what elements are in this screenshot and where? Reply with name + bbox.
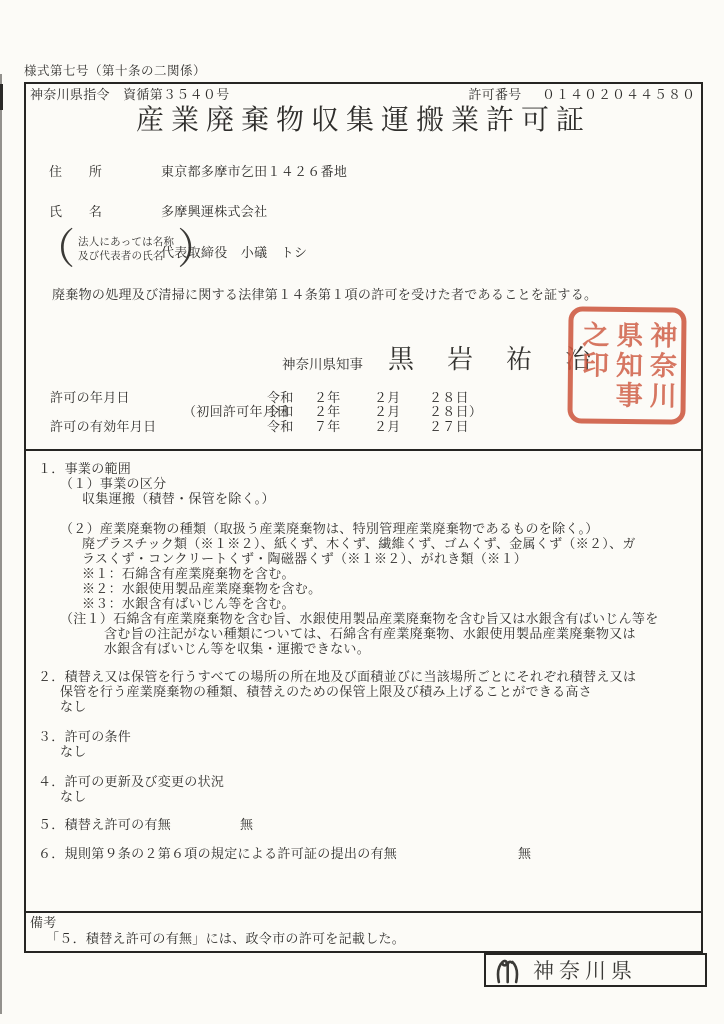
section-divider-remarks: [24, 911, 703, 913]
corporate-note-paren-open: （: [35, 229, 75, 271]
corporate-note-line1: 法人にあっては名称: [78, 236, 174, 250]
name-value: 多摩興運株式会社: [161, 204, 267, 219]
corporate-note-line2: 及び代表者の氏名: [78, 250, 174, 264]
address-value: 東京都多摩市乞田１４２６番地: [161, 164, 347, 179]
remarks-label: 備考: [30, 915, 57, 930]
prefecture-name: 神奈川県: [533, 955, 637, 985]
body-line: なし: [60, 699, 87, 714]
body-line: ※１：石綿含有産業廃棄物を含む。: [82, 566, 295, 581]
representative-value: 代表取締役 小礒 トシ: [161, 245, 307, 260]
body-line: （１）事業の区分: [60, 476, 166, 491]
prefecture-footer: 神奈川県: [484, 953, 707, 987]
item6-label: ６．規則第９条の２第６項の規定による許可証の提出の有無: [38, 846, 397, 861]
body-line: ※３：水銀含有ばいじん等を含む。: [82, 596, 295, 611]
body-line: ４．許可の更新及び変更の状況: [38, 774, 224, 789]
body-line: （２）産業廃棄物の種類（取扱う産業廃棄物は、特別管理産業廃棄物であるものを除く。…: [60, 521, 599, 536]
valid-date-row: 許可の有効年月日 令和 ７年 ２月 ２７日: [0, 419, 724, 434]
item5-label: ５．積替え許可の有無: [38, 817, 171, 832]
body-line: ラスくず・コンクリートくず・陶磁器くず（※１※２）、がれき類（※１）: [82, 551, 527, 566]
body-line: １．事業の範囲: [38, 461, 131, 476]
form-note: 様式第七号（第十条の二関係）: [24, 61, 206, 79]
permit-number-label: 許可番号: [468, 87, 521, 102]
body-line: 廃プラスチック類（※１※２）、紙くず、木くず、繊維くず、ゴムくず、金属くず（※２…: [82, 536, 636, 551]
body-line: ※２：水銀使用製品産業廃棄物を含む。: [82, 581, 321, 596]
section-divider-top: [24, 449, 703, 451]
scan-edge-artifact: [0, 74, 2, 1014]
body-line: 水銀含有ばいじん等を収集・運搬できない。: [104, 641, 370, 656]
body-line: ３．許可の条件: [38, 729, 131, 744]
initial-permit-date-row: （初回許可年月日 令和 ２年 ２月 ２８日）: [0, 404, 724, 419]
item5-value: 無: [240, 817, 253, 832]
permit-document-page: 様式第七号（第十条の二関係） 神奈川県指令 資循第３５４０号 許可番号 ０１４０…: [0, 0, 724, 1024]
item5-row: ５．積替え許可の有無 無: [0, 817, 724, 832]
permit-number: 許可番号 ０１４０２０４４５８０: [468, 87, 696, 102]
body-line: 含む旨の注記がない種類については、石綿含有産業廃棄物、水銀使用製品産業廃棄物又は: [104, 626, 636, 641]
valid-date-label: 許可の有効年月日: [50, 419, 156, 434]
address-label: 住 所: [49, 164, 105, 179]
kanagawa-emblem-icon: [495, 957, 520, 984]
item6-value: 無: [518, 846, 531, 861]
item6-row: ６．規則第９条の２第６項の規定による許可証の提出の有無 無: [0, 846, 724, 861]
body-line: 保管を行う産業廃棄物の種類、積替えのための保管上限及び積み上げることができる高さ: [60, 684, 592, 699]
name-label: 氏 名: [49, 204, 105, 219]
directive-number: 神奈川県指令 資循第３５４０号: [30, 87, 230, 102]
permit-number-value: ０１４０２０４４５８０: [542, 87, 696, 102]
certification-statement: 廃棄物の処理及び清掃に関する法律第１４条第１項の許可を受けた者であることを証する…: [52, 287, 597, 302]
document-title: 産業廃棄物収集運搬業許可証: [24, 104, 703, 138]
body-line: ２．積替え又は保管を行うすべての場所の所在地及び面積並びに当該場所ごとにそれぞれ…: [38, 669, 636, 684]
permit-date-row: 許可の年月日 令和 ２年 ２月 ２８日: [0, 390, 724, 405]
body-line: （注１）石綿含有産業廃棄物を含む旨、水銀使用製品産業廃棄物を含む旨又は水銀含有ば…: [60, 611, 659, 626]
body-line: なし: [60, 789, 87, 804]
body-line: 収集運搬（積替・保管を除く。）: [82, 491, 275, 506]
governor-title: 神奈川県知事: [282, 353, 363, 373]
body-line: なし: [60, 744, 87, 759]
remarks-text: 「５．積替え許可の有無」には、政令市の許可を記載した。: [46, 931, 405, 946]
scan-artifact: [0, 84, 3, 110]
permit-date-label: 許可の年月日: [50, 390, 130, 405]
